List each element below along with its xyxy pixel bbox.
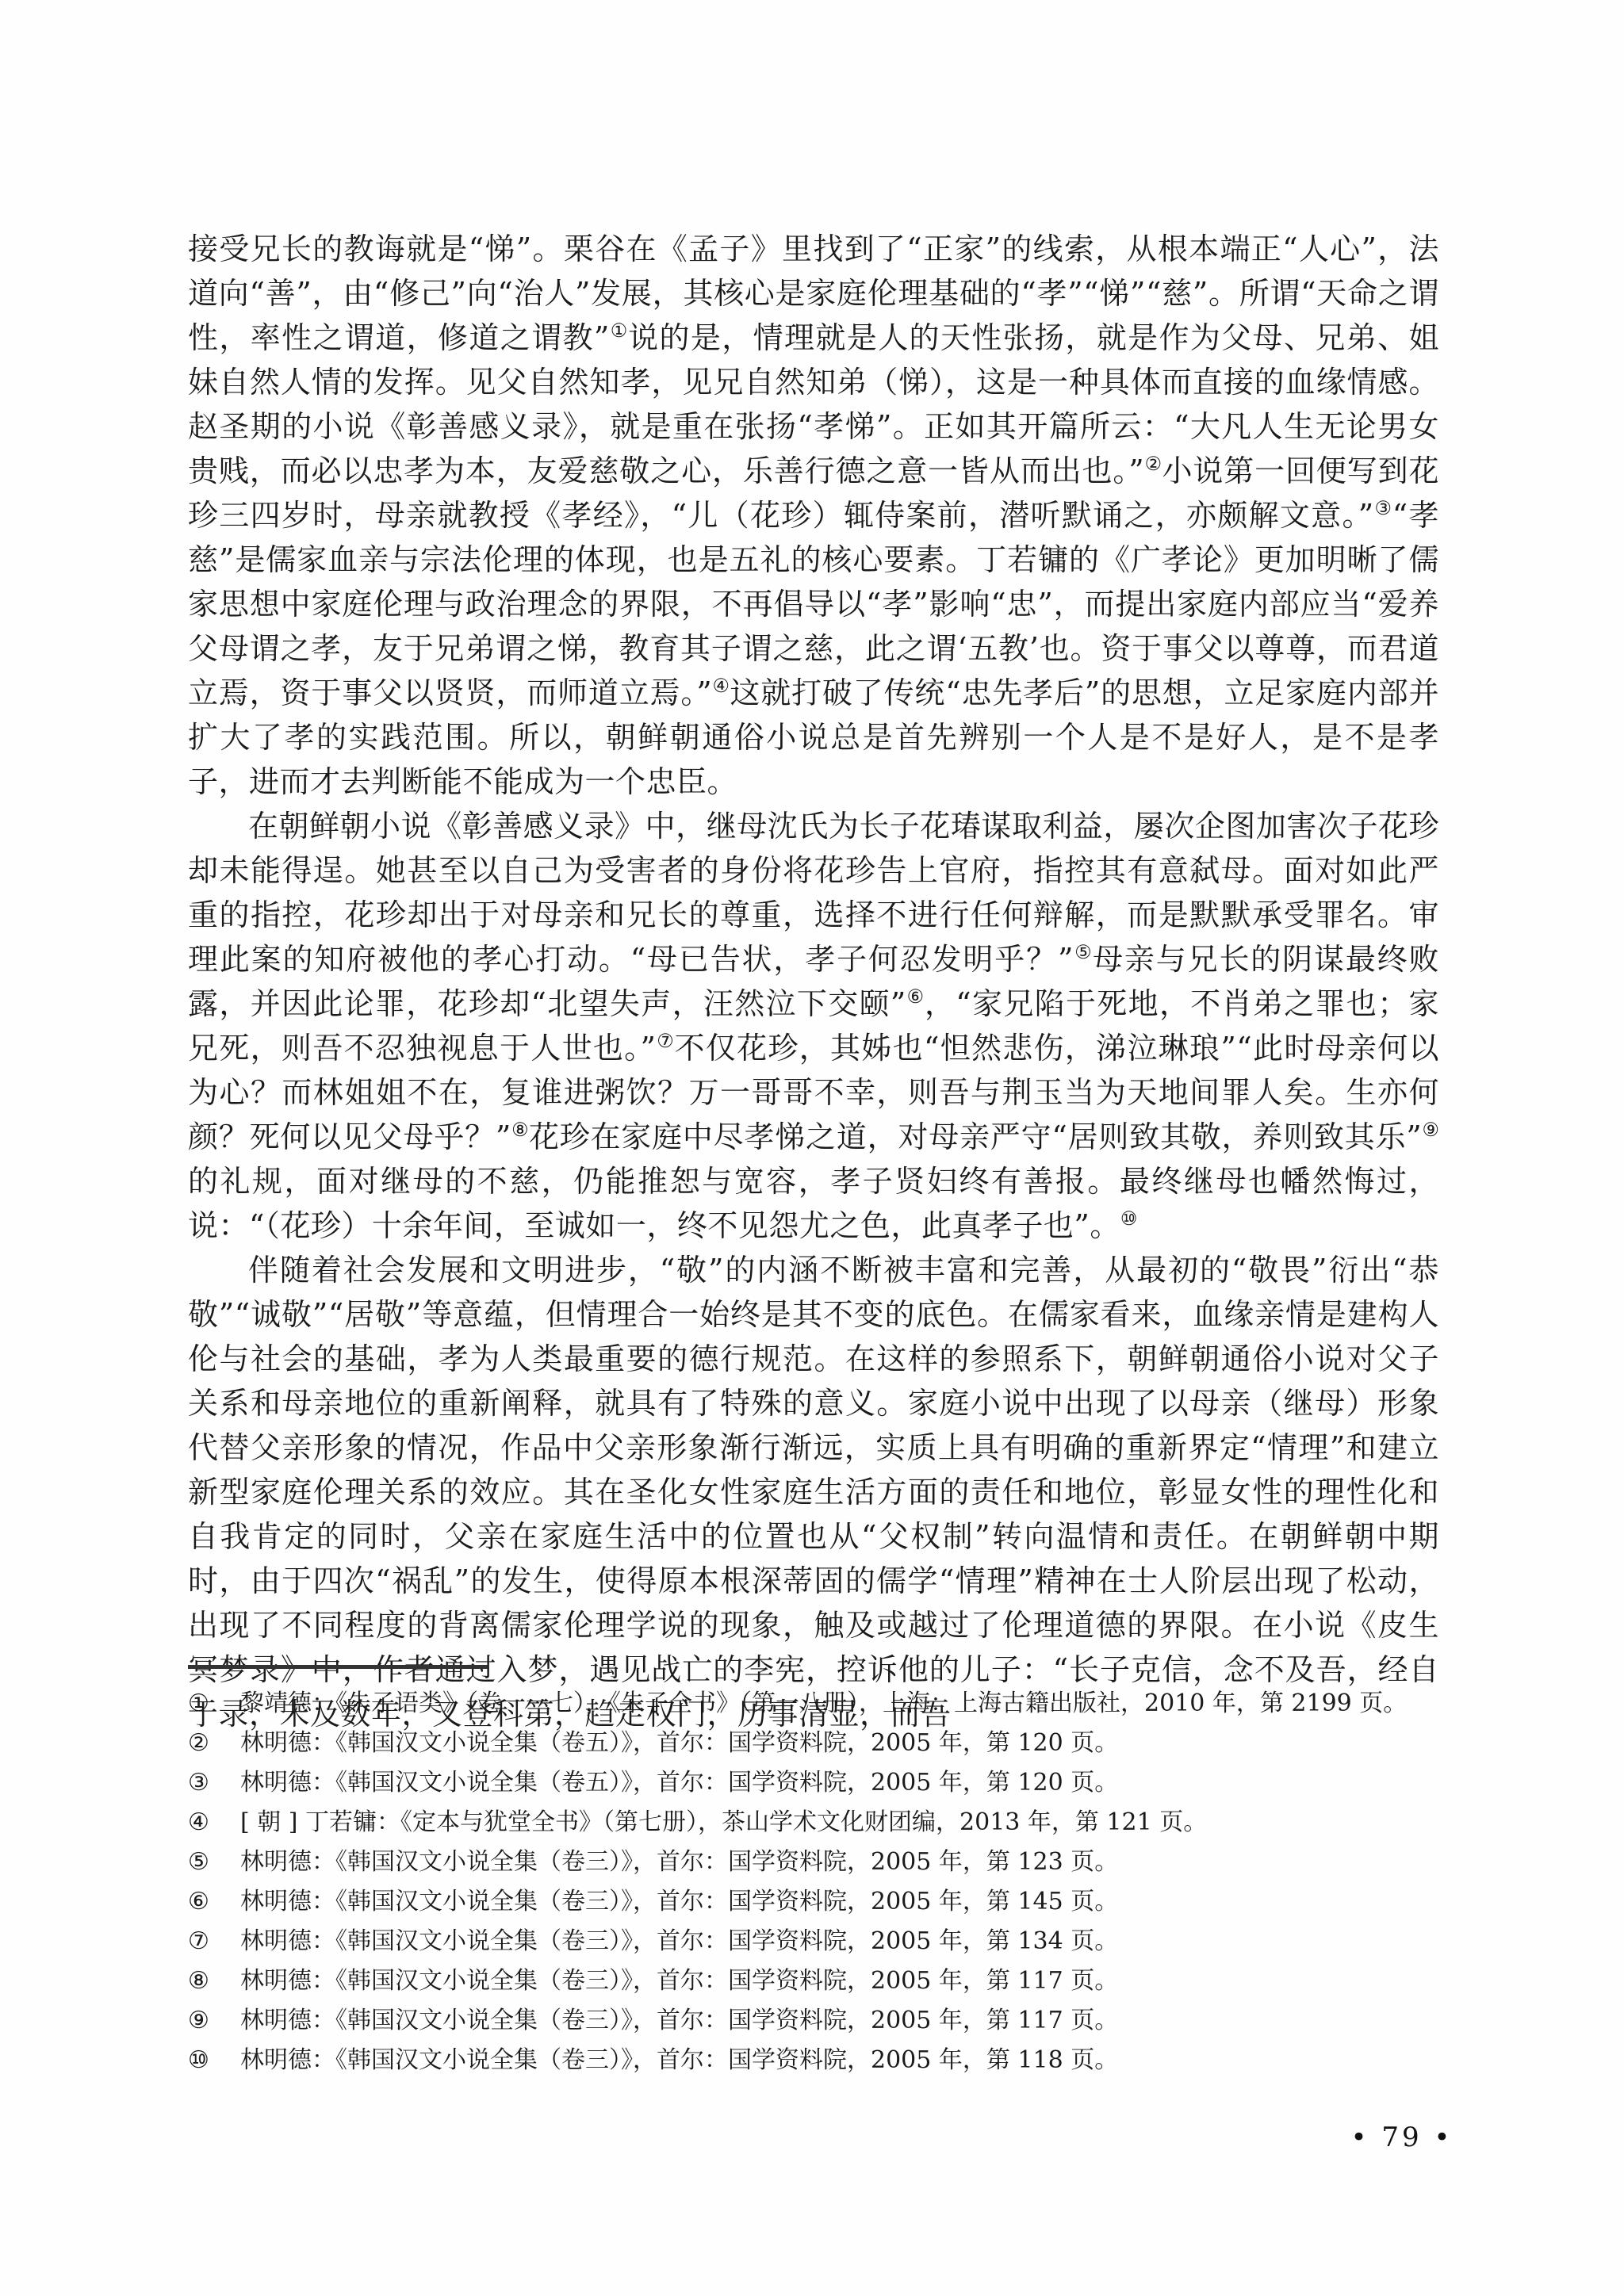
body-paragraph: 接受兄长的教诲就是“悌”。栗谷在《孟子》里找到了“正家”的线索，从根本端正“人心… [188, 227, 1439, 804]
footnote-text: 林明德：《韩国汉文小说全集（卷三）》，首尔：国学资料院，2005 年，第 123… [240, 1846, 1439, 1877]
footnote-item: ⑦林明德：《韩国汉文小说全集（卷三）》，首尔：国学资料院，2005 年，第 13… [188, 1926, 1439, 1957]
body-text: 接受兄长的教诲就是“悌”。栗谷在《孟子》里找到了“正家”的线索，从根本端正“人心… [188, 227, 1439, 1736]
footnote-marker: ① [188, 1688, 240, 1719]
footnote-text: 林明德：《韩国汉文小说全集（卷五）》，首尔：国学资料院，2005 年，第 120… [240, 1767, 1439, 1798]
footnote-item: ④[ 朝 ] 丁若镛：《定本与犹堂全书》（第七册），茶山学术文化财团编，2013… [188, 1807, 1439, 1838]
footnote-text: 林明德：《韩国汉文小说全集（卷三）》，首尔：国学资料院，2005 年，第 134… [240, 1926, 1439, 1957]
footnote-text: 林明德：《韩国汉文小说全集（卷三）》，首尔：国学资料院，2005 年，第 117… [240, 1965, 1439, 1996]
footnote-reference: ⑥ [906, 985, 925, 1008]
footnote-marker: ⑦ [188, 1926, 240, 1957]
footnote-reference: ⑨ [1422, 1119, 1439, 1141]
body-paragraph: 在朝鲜朝小说《彰善感义录》中，继母沈氏为长子花瑃谋取利益，屡次企图加害次子花珍却… [188, 804, 1439, 1248]
footnote-reference: ② [1144, 453, 1162, 475]
footnote-text: 林明德：《韩国汉文小说全集（卷三）》，首尔：国学资料院，2005 年，第 117… [240, 2005, 1439, 2036]
footnote-marker: ⑩ [188, 2045, 240, 2076]
footnote-text: [ 朝 ] 丁若镛：《定本与犹堂全书》（第七册），茶山学术文化财团编，2013 … [240, 1807, 1439, 1838]
footnote-item: ③林明德：《韩国汉文小说全集（卷五）》，首尔：国学资料院，2005 年，第 12… [188, 1767, 1439, 1798]
footnote-text: 林明德：《韩国汉文小说全集（卷三）》，首尔：国学资料院，2005 年，第 145… [240, 1886, 1439, 1917]
footnote-marker: ⑥ [188, 1886, 240, 1917]
page-number: • 79 • [1339, 2122, 1465, 2153]
footnote-reference: ⑦ [656, 1030, 674, 1052]
footnote-text: 林明德：《韩国汉文小说全集（卷三）》，首尔：国学资料院，2005 年，第 118… [240, 2045, 1439, 2076]
footnote-text: 林明德：《韩国汉文小说全集（卷五）》，首尔：国学资料院，2005 年，第 120… [240, 1728, 1439, 1758]
footnote-item: ⑧林明德：《韩国汉文小说全集（卷三）》，首尔：国学资料院，2005 年，第 11… [188, 1965, 1439, 1996]
footnote-marker: ⑤ [188, 1846, 240, 1877]
footnote-marker: ② [188, 1728, 240, 1758]
document-page: 接受兄长的教诲就是“悌”。栗谷在《孟子》里找到了“正家”的线索，从根本端正“人心… [0, 0, 1624, 2296]
footnote-item: ⑩林明德：《韩国汉文小说全集（卷三）》，首尔：国学资料院，2005 年，第 11… [188, 2045, 1439, 2076]
footnote-reference: ⑩ [1120, 1207, 1138, 1230]
footnote-item: ①黎靖德：《朱子语类》（卷一一七），《朱子全书》（第一八册），上海：上海古籍出版… [188, 1688, 1439, 1719]
footnote-marker: ④ [188, 1807, 240, 1838]
footnote-item: ⑤林明德：《韩国汉文小说全集（卷三）》，首尔：国学资料院，2005 年，第 12… [188, 1846, 1439, 1877]
footnote-marker: ⑧ [188, 1965, 240, 1996]
footnote-item: ②林明德：《韩国汉文小说全集（卷五）》，首尔：国学资料院，2005 年，第 12… [188, 1728, 1439, 1758]
body-paragraph: 伴随着社会发展和文明进步，“敬”的内涵不断被丰富和完善，从最初的“敬畏”衍出“恭… [188, 1248, 1439, 1736]
footnote-text: 黎靖德：《朱子语类》（卷一一七），《朱子全书》（第一八册），上海：上海古籍出版社… [240, 1688, 1439, 1719]
footnote-reference: ⑤ [1074, 941, 1093, 963]
footnote-list: ①黎靖德：《朱子语类》（卷一一七），《朱子全书》（第一八册），上海：上海古籍出版… [188, 1688, 1439, 2076]
footnote-reference: ⑧ [511, 1119, 529, 1141]
footnote-reference: ④ [712, 675, 730, 697]
footnote-section: ①黎靖德：《朱子语类》（卷一一七），《朱子全书》（第一八册），上海：上海古籍出版… [188, 1665, 1439, 2084]
footnote-marker: ③ [188, 1767, 240, 1798]
footnote-marker: ⑨ [188, 2005, 240, 2036]
footnote-reference: ① [610, 320, 628, 342]
footnote-item: ⑨林明德：《韩国汉文小说全集（卷三）》，首尔：国学资料院，2005 年，第 11… [188, 2005, 1439, 2036]
footnote-divider [188, 1665, 488, 1669]
footnote-reference: ③ [1374, 497, 1392, 519]
footnote-item: ⑥林明德：《韩国汉文小说全集（卷三）》，首尔：国学资料院，2005 年，第 14… [188, 1886, 1439, 1917]
